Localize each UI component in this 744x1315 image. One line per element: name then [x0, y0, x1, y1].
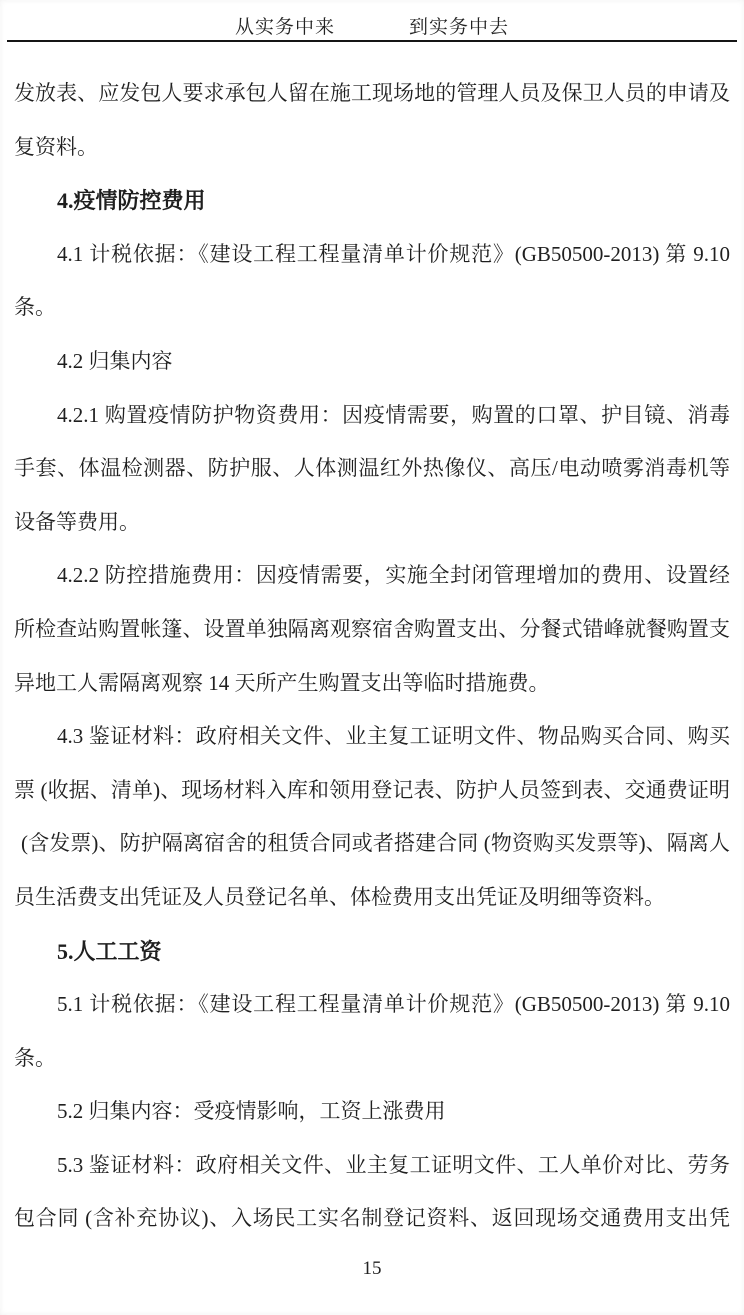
header-motto-right: 到实务中去 [409, 12, 509, 40]
text-line: 包合同 (含补充协议)、入场民工实名制登记资料、返回现场交通费用支出凭证、 [14, 1192, 730, 1246]
text-line: 票 (收据、清单)、现场材料入库和领用登记表、防护人员签到表、交通费证明 [14, 764, 730, 818]
text-line: 设备等费用。 [14, 496, 730, 550]
text-line: 4.2.2 防控措施费用：因疫情需要，实施全封闭管理增加的费用、设置经营场 [14, 549, 730, 603]
text-line: 异地工人需隔离观察 14 天所产生购置支出等临时措施费。 [14, 657, 730, 711]
text-line: 员生活费支出凭证及人员登记名单、体检费用支出凭证及明细等资料。 [14, 871, 730, 925]
text-line: 5.3 鉴证材料：政府相关文件、业主复工证明文件、工人单价对比、劳务分 [14, 1139, 730, 1193]
text-line: (含发票)、防护隔离宿舍的租赁合同或者搭建合同 (物资购买发票等)、隔离人 [14, 817, 730, 871]
section-heading-4: 4.疫情防控费用 [14, 174, 730, 228]
header-rule [7, 40, 737, 42]
text-line: 发放表、应发包人要求承包人留在施工现场地的管理人员及保卫人员的申请及批 [14, 67, 730, 121]
document-page: 从实务中来 到实务中去 发放表、应发包人要求承包人留在施工现场地的管理人员及保卫… [0, 0, 744, 1315]
text-line: 4.1 计税依据：《建设工程工程量清单计价规范》(GB50500-2013) 第… [14, 228, 730, 282]
page-number: 15 [363, 1258, 382, 1279]
section-heading-5: 5.人工工资 [14, 925, 730, 979]
text-line: 所检查站购置帐篷、设置单独隔离观察宿舍购置支出、分餐式错峰就餐购置支出、 [14, 603, 730, 657]
header-motto-left: 从实务中来 [235, 12, 335, 40]
text-line: 5.2 归集内容：受疫情影响，工资上涨费用 [14, 1085, 730, 1139]
text-line: 复资料。 [14, 121, 730, 175]
page-header: 从实务中来 到实务中去 [0, 0, 744, 40]
text-line: 4.2.1 购置疫情防护物资费用：因疫情需要，购置的口罩、护目镜、消毒液、 [14, 389, 730, 443]
text-line: 5.1 计税依据：《建设工程工程量清单计价规范》(GB50500-2013) 第… [14, 978, 730, 1032]
text-line: 手套、体温检测器、防护服、人体测温红外热像仪、高压/电动喷雾消毒机等防控 [14, 442, 730, 496]
text-line: 4.2 归集内容 [14, 335, 730, 389]
page-footer: 15 [0, 1258, 744, 1280]
text-line: 条。 [14, 1032, 730, 1086]
text-line: 条。 [14, 281, 730, 335]
document-body: 发放表、应发包人要求承包人留在施工现场地的管理人员及保卫人员的申请及批 复资料。… [14, 67, 730, 1246]
text-line: 4.3 鉴证材料：政府相关文件、业主复工证明文件、物品购买合同、购买发 [14, 710, 730, 764]
